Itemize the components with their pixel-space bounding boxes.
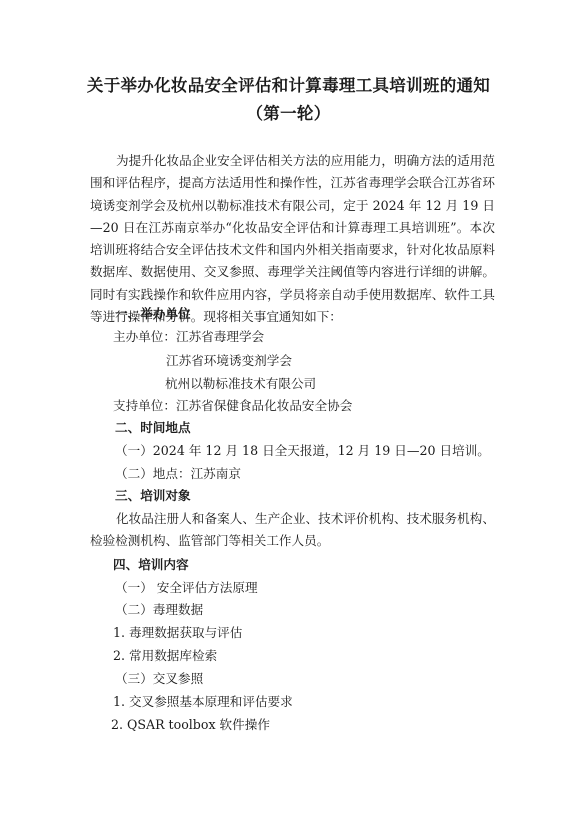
section-heading-organizers: 一、举办单位 — [115, 306, 191, 322]
document-title: 关于举办化妆品安全评估和计算毒理工具培训班的通知 — [0, 72, 577, 96]
content-item: （一） 安全评估方法原理 — [115, 580, 258, 596]
content-item: 2. QSAR toolbox 软件操作 — [111, 717, 270, 733]
content-item: 1. 交叉参照基本原理和评估要求 — [113, 694, 293, 710]
document-page: 关于举办化妆品安全评估和计算毒理工具培训班的通知 （第一轮） 为提升化妆品企业安… — [0, 0, 577, 817]
host-item: 江苏省环境诱变剂学会 — [166, 353, 292, 369]
section-heading-audience: 三、培训对象 — [115, 488, 191, 504]
document-subtitle: （第一轮） — [0, 100, 577, 124]
support-line: 支持单位：江苏省保健食品化妆品安全协会 — [113, 398, 352, 414]
audience-paragraph: 化妆品注册人和备案人、生产企业、技术评价机构、技术服务机构、检验检测机构、监管部… — [90, 508, 495, 553]
intro-paragraph: 为提升化妆品企业安全评估相关方法的应用能力，明确方法的适用范围和评估程序，提高方… — [90, 150, 495, 328]
host-label: 主办单位：江苏省毒理学会 — [113, 329, 264, 345]
content-item: （三）交叉参照 — [115, 671, 203, 687]
content-item: 1. 毒理数据获取与评估 — [113, 625, 242, 641]
content-item: 2. 常用数据库检索 — [113, 648, 217, 664]
place-item: （二）地点：江苏南京 — [115, 466, 241, 482]
section-heading-time-place: 二、时间地点 — [115, 420, 191, 436]
time-item: （一）2024 年 12 月 18 日全天报道，12 月 19 日—20 日培训… — [115, 443, 490, 459]
section-heading-content: 四、培训内容 — [113, 557, 189, 573]
content-item: （二）毒理数据 — [115, 602, 203, 618]
host-item: 杭州以勒标准技术有限公司 — [165, 376, 316, 392]
